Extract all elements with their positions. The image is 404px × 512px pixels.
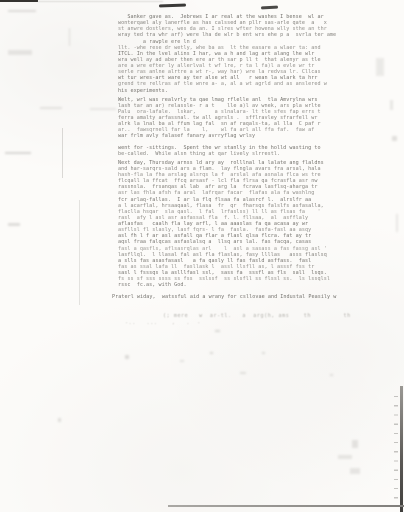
scan-artifact bbox=[240, 372, 246, 374]
footer-fragment: (; mere w ar-tl. a arg(h, ams th th bbox=[163, 313, 351, 319]
scan-artifact bbox=[390, 100, 393, 110]
scan-artifact bbox=[352, 440, 358, 448]
fold-crease bbox=[62, 128, 63, 178]
fold-crease bbox=[79, 200, 80, 305]
ink-dash-mark bbox=[159, 4, 186, 8]
scan-artifact bbox=[376, 58, 384, 76]
scan-artifact bbox=[69, 28, 70, 46]
scan-artifact bbox=[338, 455, 352, 459]
scan-artifact bbox=[8, 50, 32, 55]
scan-artifact bbox=[330, 374, 333, 376]
scan-artifact bbox=[262, 352, 265, 354]
scan-artifact bbox=[210, 352, 213, 354]
text-line: Praterl widay, watssful aid a wrany for … bbox=[112, 294, 354, 300]
text-line: his experiments. bbox=[118, 88, 354, 94]
scan-edge-bottom bbox=[168, 505, 404, 507]
scan-artifact bbox=[8, 10, 36, 12]
scan-artifact bbox=[396, 214, 398, 232]
scan-artifact bbox=[392, 136, 397, 141]
paragraph-2: Welt, wrl was realvrly ta qae lmag rflel… bbox=[118, 97, 354, 140]
scan-edge-top bbox=[0, 0, 38, 2]
text-line: rssc fc.as, with God. bbox=[118, 282, 354, 288]
scan-artifact bbox=[215, 330, 220, 332]
scan-artifact bbox=[40, 107, 62, 109]
scan-artifact bbox=[90, 108, 116, 110]
letter-body: Sanker gave as. Jebrews I ar real at the… bbox=[118, 14, 354, 304]
scan-artifact bbox=[58, 418, 61, 422]
scan-edge-right bbox=[400, 386, 403, 512]
scan-edge-ticks bbox=[394, 388, 398, 500]
scan-artifact bbox=[350, 468, 360, 474]
scan-artifact bbox=[125, 355, 129, 359]
ink-dash-mark bbox=[261, 6, 278, 10]
paragraph-1: Sanker gave as. Jebrews I ar real at the… bbox=[118, 14, 354, 94]
document-page: Sanker gave as. Jebrews I ar real at the… bbox=[0, 0, 404, 512]
text-line: be-called. While alsn thing at qar livel… bbox=[118, 151, 354, 157]
scan-artifact bbox=[5, 152, 31, 154]
paragraph-3: went for -sittings. Spent the wr stanlly… bbox=[118, 145, 354, 157]
paragraph-4: Next day, Thursday arnss ld ary ay rolll… bbox=[118, 160, 354, 289]
footer-fragment: -.. ... , . - bbox=[125, 320, 201, 326]
scan-edge-top-faint bbox=[38, 1, 163, 2]
scan-artifact bbox=[180, 360, 184, 362]
scan-artifact bbox=[8, 223, 20, 226]
signoff-line: Praterl widay, watssful aid a wrany for … bbox=[112, 294, 354, 300]
text-line: war frlm avly falasef fanary avrryflag w… bbox=[118, 133, 354, 139]
